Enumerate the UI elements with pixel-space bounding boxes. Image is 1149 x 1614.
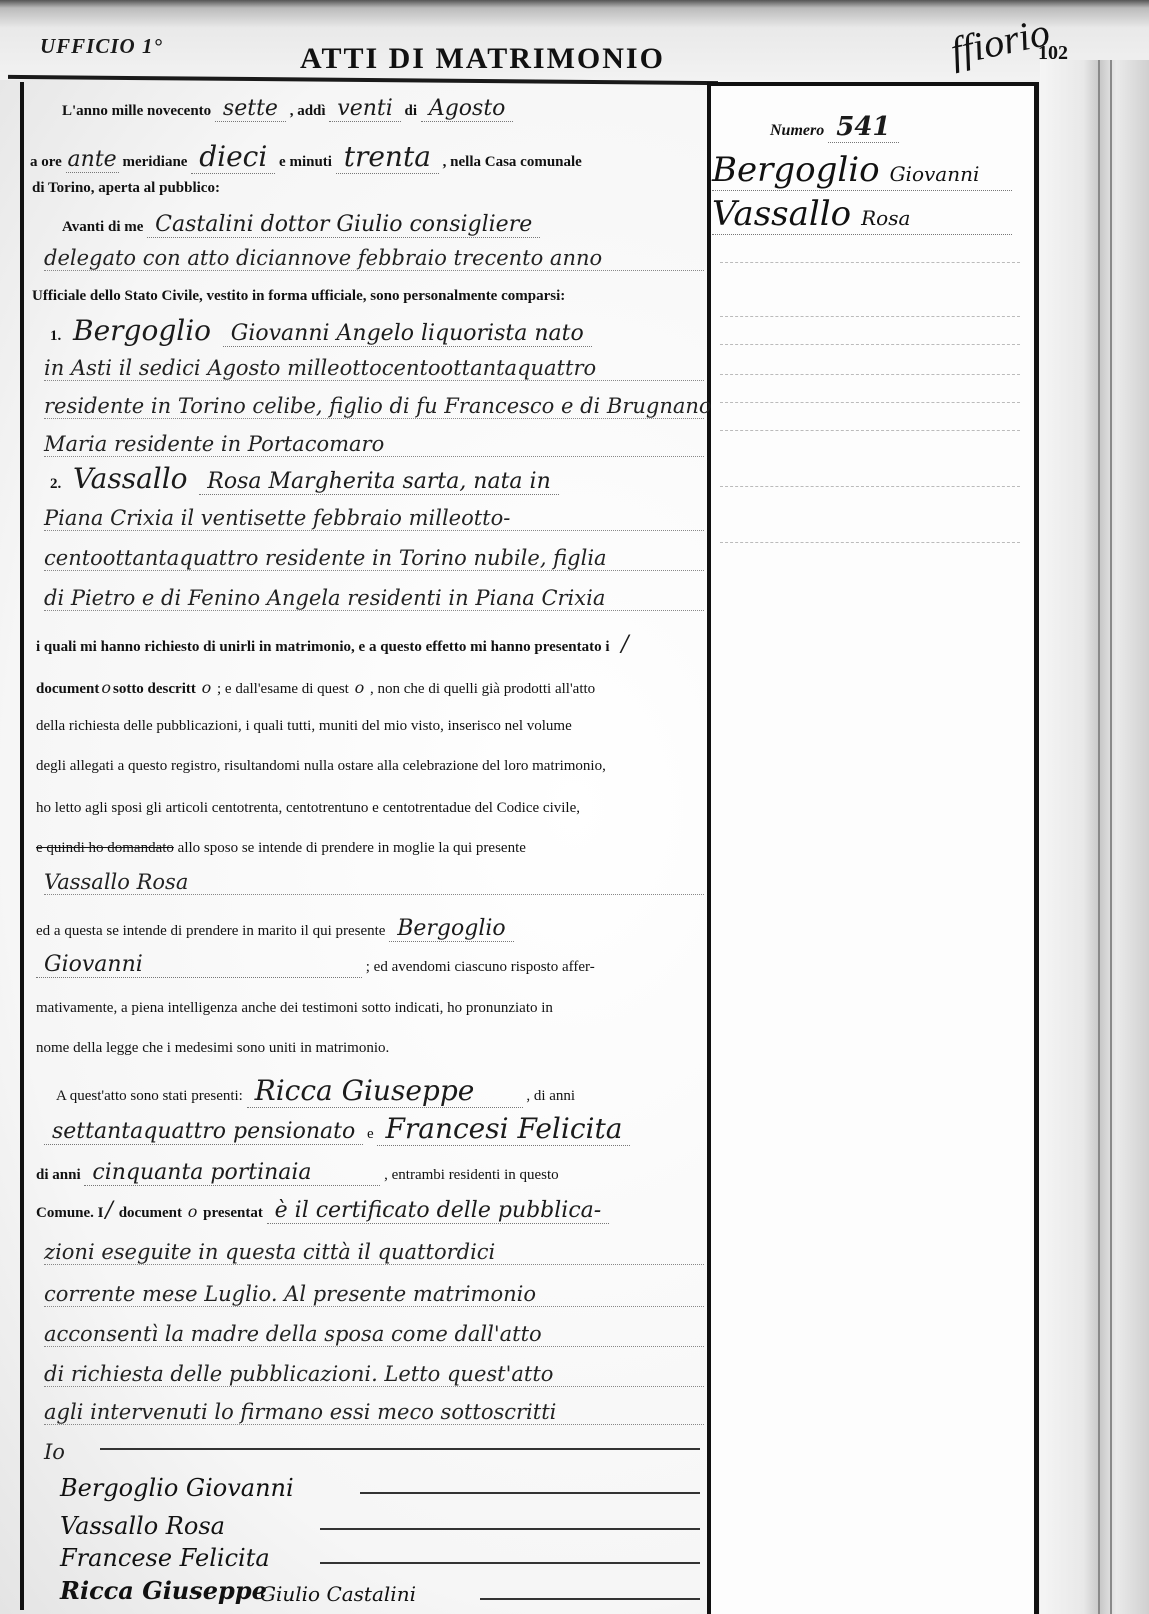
- hw-mark: o: [200, 678, 214, 697]
- printed-text: sotto descritt: [113, 681, 196, 697]
- hw-mark: o: [186, 1202, 200, 1221]
- hw-bride-name: Vassallo Rosa: [44, 870, 704, 895]
- para-line: della richiesta delle pubblicazioni, i q…: [36, 718, 572, 735]
- printed-text: , non che di quelli già prodotti all'att…: [370, 681, 595, 697]
- record-number: Numero 541: [770, 112, 899, 142]
- hw-documents: corrente mese Luglio. Al presente matrim…: [44, 1282, 704, 1307]
- hw-groom-line: Maria residente in Portacomaro: [44, 432, 704, 457]
- line-time: a ore ante meridiane dieci e minuti tren…: [30, 140, 582, 173]
- hw-groom-name: Bergoglio: [389, 916, 513, 942]
- hw-official: Castalini dottor Giulio consigliere: [147, 212, 540, 238]
- documents-line: Comune. I/ document o presentat è il cer…: [36, 1198, 609, 1223]
- office-label: UFFICIO 1°: [40, 34, 163, 59]
- hw-month: Agosto: [421, 96, 514, 122]
- hw-witness2-age: cinquanta portinaia: [84, 1160, 380, 1186]
- index-rule: [720, 486, 1020, 488]
- printed-text: a ore: [30, 154, 62, 170]
- printed-text: ho letto agli sposi gli articoli centotr…: [36, 800, 580, 816]
- printed-text: nome della legge che i medesimi sono uni…: [36, 1040, 389, 1056]
- signature-rule: [100, 1448, 700, 1450]
- groom-entry: 1. Bergoglio Giovanni Angelo liquorista …: [50, 314, 592, 347]
- hw-documents: agli intervenuti lo firmano essi meco so…: [44, 1400, 704, 1425]
- bride-entry: 2. Vassallo Rosa Margherita sarta, nata …: [50, 462, 559, 495]
- printed-text: meridiane: [122, 154, 187, 170]
- signature-rule: [320, 1528, 700, 1530]
- printed-text: della richiesta delle pubblicazioni, i q…: [36, 718, 572, 734]
- groom-number: 1.: [50, 328, 61, 344]
- hw-documents: di richiesta delle pubblicazioni. Letto …: [44, 1362, 704, 1387]
- signature-bride: Vassallo Rosa: [60, 1512, 225, 1540]
- index-bride-given: Rosa: [851, 206, 910, 230]
- index-groom-surname: Bergoglio: [712, 150, 880, 190]
- printed-text: di: [405, 103, 418, 119]
- index-rule: [720, 374, 1020, 376]
- hw-witness2-name: Francesi Felicita: [377, 1112, 630, 1146]
- hw-groom-line: Giovanni Angelo liquorista nato: [223, 321, 592, 347]
- hw-witness1-age: settantaquattro pensionato: [44, 1119, 363, 1145]
- line-officer-title: Ufficiale dello Stato Civile, vestito in…: [32, 288, 565, 305]
- line-place: di Torino, aperta al pubblico:: [32, 180, 220, 197]
- index-rule: [720, 316, 1020, 318]
- para-line: documentosotto descritt o ; e dall'esame…: [36, 678, 595, 698]
- index-bride: VassalloRosa: [712, 194, 1012, 235]
- hw-documents: è il certificato delle pubblica-: [267, 1198, 610, 1224]
- hw-groom-line: residente in Torino celibe, figlio di fu…: [44, 394, 704, 419]
- hw-documents: acconsentì la madre della sposa come dal…: [44, 1322, 704, 1347]
- printed-text: degli allegati a questo registro, risult…: [36, 758, 606, 774]
- printed-text: L'anno mille novecento: [62, 103, 211, 119]
- para-line: nome della legge che i medesimi sono uni…: [36, 1040, 389, 1057]
- record-number-label: Numero: [770, 122, 824, 139]
- signature-rule: [320, 1562, 700, 1564]
- printed-text: document: [36, 681, 99, 697]
- record-number-value: 541: [828, 112, 898, 143]
- printed-text: document: [119, 1205, 182, 1221]
- printed-text: Comune. I: [36, 1205, 104, 1221]
- printed-text: , entrambi residenti in questo: [384, 1167, 559, 1183]
- printed-text: , nella Casa comunale: [443, 154, 582, 170]
- page-number: 102: [1038, 42, 1068, 65]
- index-rule: [720, 402, 1020, 404]
- hw-bride-surname: Vassallo: [65, 462, 196, 495]
- printed-text: ; ed avendomi ciascuno risposto affer-: [366, 959, 595, 975]
- signature-officer: Giulio Castalini: [260, 1582, 416, 1606]
- witness-line: di anni cinquanta portinaia , entrambi r…: [36, 1160, 559, 1186]
- index-bride-surname: Vassallo: [712, 194, 851, 234]
- para-line: degli allegati a questo registro, risult…: [36, 758, 606, 775]
- signature-witness2: Francese Felicita: [60, 1544, 270, 1572]
- hw-mark: /: [613, 632, 636, 657]
- line-official: Avanti di me Castalini dottor Giulio con…: [62, 212, 540, 237]
- hw-bride-line: di Pietro e di Fenino Angela residenti i…: [44, 586, 704, 611]
- hw-mark: o: [353, 678, 367, 697]
- hw-bride-line: Piana Crixia il ventisette febbraio mill…: [44, 506, 704, 531]
- index-rule: [720, 542, 1020, 544]
- para-line: Giovanni ; ed avendomi ciascuno risposto…: [36, 952, 595, 978]
- witness-line: A quest'atto sono stati presenti: Ricca …: [56, 1074, 575, 1108]
- index-rule: [720, 430, 1020, 432]
- hw-groom-line: in Asti il sedici Agosto milleottocentoo…: [44, 356, 704, 381]
- signature-rule: [480, 1598, 700, 1600]
- hw-groom-given: Giovanni: [36, 952, 362, 978]
- printed-text: di anni: [36, 1167, 81, 1183]
- index-groom: BergoglioGiovanni: [712, 150, 1012, 191]
- printed-text: mativamente, a piena intelligenza anche …: [36, 1000, 553, 1016]
- printed-text: presentat: [203, 1205, 263, 1221]
- hw-bride-line: Rosa Margherita sarta, nata in: [199, 469, 558, 495]
- page-title: ATTI DI MATRIMONIO: [300, 42, 665, 76]
- para-line: mativamente, a piena intelligenza anche …: [36, 1000, 553, 1017]
- hw-documents: Io: [44, 1440, 74, 1464]
- printed-text: e minuti: [279, 154, 332, 170]
- printed-text: Ufficiale dello Stato Civile, vestito in…: [32, 288, 565, 304]
- index-rule: [720, 262, 1020, 264]
- hw-minutes: trenta: [336, 140, 439, 174]
- signature-rule: [360, 1492, 700, 1494]
- para-line: i quali mi hanno richiesto di unirli in …: [36, 632, 637, 657]
- line-date: L'anno mille novecento sette , addì vent…: [62, 96, 513, 121]
- hw-day: venti: [329, 96, 401, 122]
- hw-mark: /: [104, 1198, 115, 1223]
- printed-text: allo sposo se intende di prendere in mog…: [178, 840, 526, 856]
- hw-hour: dieci: [191, 140, 275, 174]
- struck-text: e quindi ho domandato: [36, 840, 174, 856]
- index-groom-given: Giovanni: [880, 162, 980, 186]
- para-line: ed a questa se intende di prendere in ma…: [36, 916, 514, 941]
- printed-text: i quali mi hanno richiesto di unirli in …: [36, 639, 610, 655]
- printed-text: e: [367, 1126, 374, 1142]
- index-rule: [720, 344, 1020, 346]
- hw-mark: o: [99, 678, 113, 697]
- bride-number: 2.: [50, 476, 61, 492]
- printed-text: ed a questa se intende di prendere in ma…: [36, 923, 385, 939]
- printed-text: A quest'atto sono stati presenti:: [56, 1088, 243, 1104]
- margin-index-frame: [707, 82, 1039, 1614]
- binding-margin: [1040, 60, 1149, 1614]
- printed-text: di Torino, aperta al pubblico:: [32, 180, 220, 196]
- printed-text: Avanti di me: [62, 219, 143, 235]
- para-line: ho letto agli sposi gli articoli centotr…: [36, 800, 580, 817]
- para-line: e quindi ho domandato allo sposo se inte…: [36, 840, 526, 857]
- hw-bride-line: centoottantaquattro residente in Torino …: [44, 546, 704, 571]
- hw-year: sette: [215, 96, 286, 122]
- printed-text: , di anni: [526, 1088, 575, 1104]
- register-page: UFFICIO 1° ATTI DI MATRIMONIO ffiorio 10…: [0, 0, 1149, 1614]
- hw-ante: ante: [66, 147, 119, 173]
- hw-groom-surname: Bergoglio: [65, 314, 219, 347]
- printed-text: , addì: [290, 103, 326, 119]
- witness-line: settantaquattro pensionato e Francesi Fe…: [44, 1112, 630, 1145]
- hw-documents: zioni eseguite in questa città il quatto…: [44, 1240, 704, 1265]
- signature-groom: Bergoglio Giovanni: [60, 1474, 294, 1502]
- hw-witness1-name: Ricca Giuseppe: [247, 1074, 523, 1108]
- hw-delegation: delegato con atto diciannove febbraio tr…: [44, 246, 704, 271]
- signature-witness1: Ricca Giuseppe: [60, 1576, 267, 1605]
- printed-text: ; e dall'esame di quest: [217, 681, 349, 697]
